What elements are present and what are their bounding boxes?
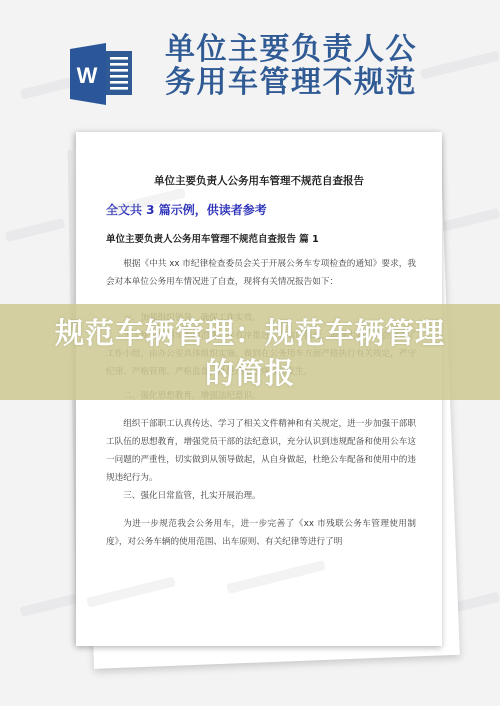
watermark bbox=[226, 560, 325, 594]
banner-title-line-2: 的简报 bbox=[0, 353, 500, 393]
page-title-line-2: 务用车管理不规范 bbox=[165, 66, 435, 99]
paragraph: 组织干部职工认真传达、学习了相关文件精神和有关规定，进一步加强干部职工队伍的思想… bbox=[106, 415, 416, 487]
watermark bbox=[86, 576, 176, 607]
watermark bbox=[20, 593, 81, 617]
page-title-line-1: 单位主要负责人公 bbox=[165, 33, 435, 66]
watermark bbox=[440, 208, 500, 232]
banner-title-line-1: 规范车辆管理：规范车辆管理 bbox=[0, 313, 500, 353]
paragraph-heading: 三、强化日常监管，扎实开展治理。 bbox=[106, 487, 416, 505]
paragraph: 为进一步规范我会公务用车，进一步完善了《xx 市残联公务车管理使用制度》，对公务… bbox=[106, 515, 416, 551]
word-document-icon: W bbox=[70, 43, 134, 105]
paragraph: 根据《中共 xx 市纪律检查委员会关于开展公务车专项检查的通知》要求，我会对本单… bbox=[106, 255, 416, 291]
document-title: 单位主要负责人公务用车管理不规范自查报告 bbox=[76, 173, 442, 188]
svg-text:W: W bbox=[77, 63, 98, 88]
banner-title: 规范车辆管理：规范车辆管理 的简报 bbox=[0, 313, 500, 393]
page-title: 单位主要负责人公 务用车管理不规范 bbox=[165, 33, 435, 99]
document-preview-canvas: W 单位主要负责人公 务用车管理不规范 单位主要负责人公务用车管理不规范自查报告… bbox=[0, 0, 500, 706]
section-heading: 单位主要负责人公务用车管理不规范自查报告 篇 1 bbox=[106, 231, 319, 245]
watermark bbox=[5, 218, 66, 242]
